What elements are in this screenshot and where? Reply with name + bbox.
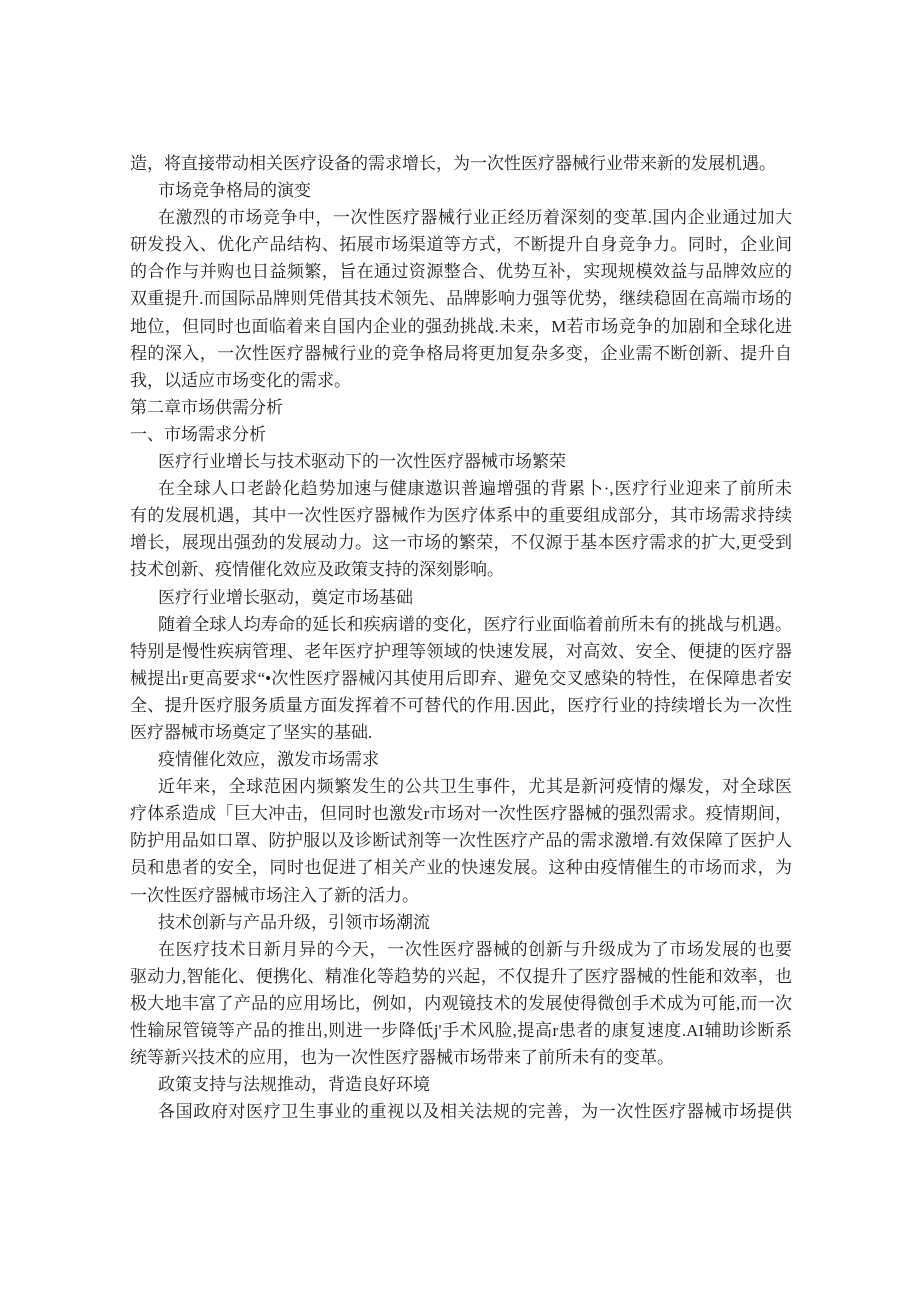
text-line: 的合作与并购也日益频繁，旨在通过资源整合、优势互补，实现规模效益与品牌效应的 [130, 258, 792, 285]
text-line: 医疗器械市场奠定了坚实的基础. [130, 719, 792, 746]
text-block: 造，将直接带动相关医疗设备的需求增长，为一次性医疗器械行业带来新的发展机遇。市场… [130, 150, 792, 1125]
text-line: 政策支持与法规推动，背造良好环境 [130, 1071, 792, 1098]
text-line: 统等新兴技术的应用，也为一次性医疗器械市场带来了前所未有的变革。 [130, 1044, 792, 1071]
text-line: 地位，但同时也面临着来自国内企业的强劲挑战.未来，M若市场竞争的加剧和全球化进 [130, 313, 792, 340]
text-line: 在全球人口老龄化趋势加速与健康遨识普遍增强的背累卜·,医疗行业迎来了前所未 [130, 475, 792, 502]
text-line: 极大地丰富了产品的应用场比，例如，内观镜技术的发展使得微创手术成为可能,而一次 [130, 990, 792, 1017]
text-line: 械提出r更高要求“•次性医疗器械闪其使用后即弃、避免交叉感染的特性，在保障患者安 [130, 665, 792, 692]
text-line: 疫情催化效应，激发市场需求 [130, 746, 792, 773]
text-line: 一次性医疗器械市场注入了新的活力。 [130, 882, 792, 909]
text-line: 近年来，全球范困内频繁发生的公共卫生事件，尤其是新河疫情的爆发，对全球医 [130, 773, 792, 800]
document-page: 造，将直接带动相关医疗设备的需求增长，为一次性医疗器械行业带来新的发展机遇。市场… [0, 0, 920, 1301]
text-line: 在激烈的市场竞争中，一次性医疗器械行业正经历着深刻的变革.国内企业通过加大 [130, 204, 792, 231]
text-line: 各国政府对医疗卫生事业的重视以及相关法规的完善，为一次性医疗器械市场提供 [130, 1098, 792, 1125]
text-line: 有的发展机遇，其中一次性医疗器械作为医疗体系中的重要组成部分，其市场需求持续 [130, 502, 792, 529]
text-line: 性输尿管镜等产品的推出,则进一步降低j'手术风脸,提高r患者的康复速度.AI辅助… [130, 1017, 792, 1044]
text-line: 双重提升.而国际品牌则凭借其技术领先、品牌影响力强等优势，继续稳固在高端市场的 [130, 285, 792, 312]
text-line: 员和患者的安全，同时也促进了相关产业的快速发展。这种由疫情催生的市场而求，为 [130, 854, 792, 881]
text-line: 防护用品如口罩、防护服以及诊断试剂等一次性医疗产品的需求激增.有效保障了医护人 [130, 827, 792, 854]
text-line: 疗体系造成「巨大冲击，但同时也激发r市场对一次性医疗器械的强烈需求。疫情期间， [130, 800, 792, 827]
text-line: 医疗行业增长驱动，奠定市场基础 [130, 584, 792, 611]
text-line: 研发投入、优化产品结构、拓展市场渠道等方式，不断提升自身竞争力。同时，企业间 [130, 231, 792, 258]
text-line: 增长，展现出强劲的发展动力。这一市场的繁荣，不仅源于基本医疗需求的扩大,更受到 [130, 529, 792, 556]
text-line: 医疗行业增长与技术驱动下的一次性医疗器械市场繁荣 [130, 448, 792, 475]
text-line: 造，将直接带动相关医疗设备的需求增长，为一次性医疗器械行业带来新的发展机遇。 [130, 150, 792, 177]
text-line: 我，以适应市场变化的需求。 [130, 367, 792, 394]
text-line: 一、市场需求分析 [130, 421, 792, 448]
text-line: 驱动力,智能化、便携化、精准化等趋势的兴起，不仅提升了医疗器械的性能和效率，也 [130, 963, 792, 990]
text-line: 技术创新、疫情催化效应及政策支持的深刻影响。 [130, 556, 792, 583]
text-line: 随着全球人均寿命的延长和疾病谱的变化，医疗行业面临着前所未有的挑战与机遇。 [130, 611, 792, 638]
text-line: 程的深入，一次性医疗器械行业的竞争格局将更加复杂多变，企业需不断创新、提升自 [130, 340, 792, 367]
text-line: 全、提升医疗服务质量方面发挥着不可替代的作用.因此，医疗行业的持续增长为一次性 [130, 692, 792, 719]
text-line: 第二章市场供需分析 [130, 394, 792, 421]
text-line: 市场竞争格局的演变 [130, 177, 792, 204]
text-line: 特别是慢性疾病管理、老年医疗护理等领域的快速发展，对高效、安全、便捷的医疗器 [130, 638, 792, 665]
text-line: 在医疗技术日新月异的今天，一次性医疗器械的创新与升级成为了市场发展的也要 [130, 936, 792, 963]
text-line: 技术创新与产品升级，引领市场潮流 [130, 909, 792, 936]
